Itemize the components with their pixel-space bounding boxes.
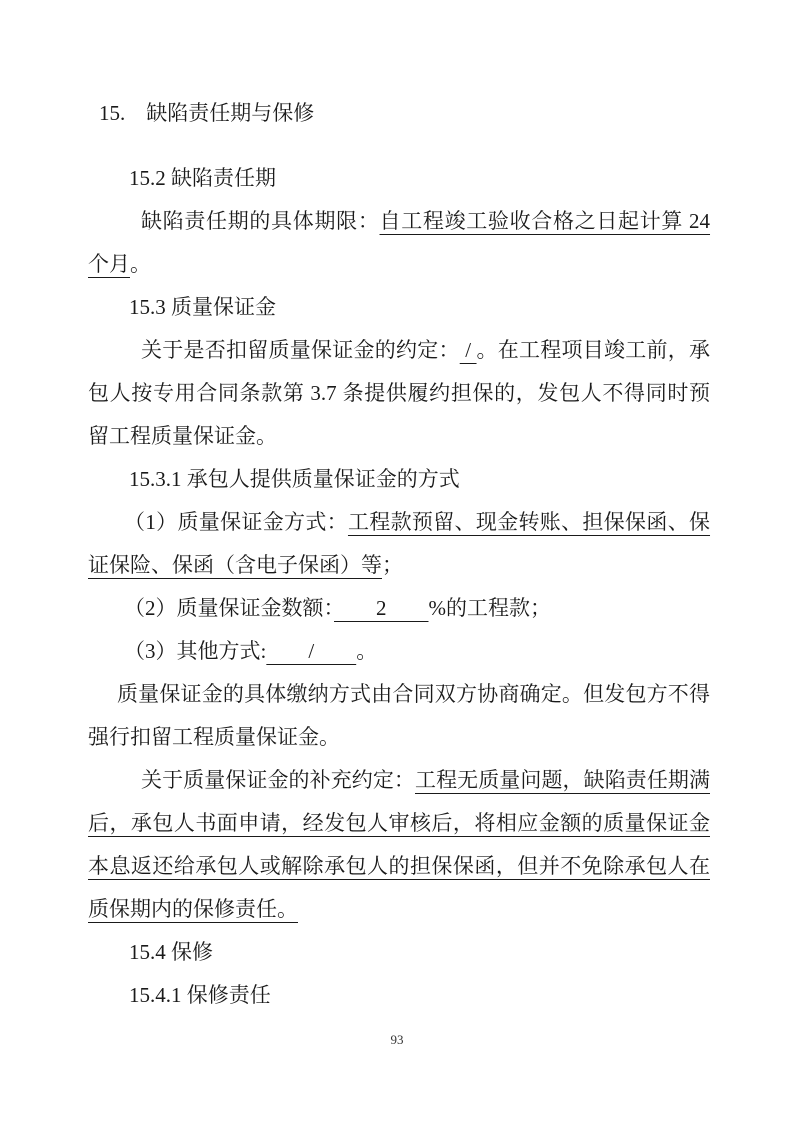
list-item-2-retention-amount: （2）质量保证金数额： 2 %的工程款； [88, 587, 710, 630]
page-footer: 93 [0, 1032, 794, 1048]
body-text: 质量保证金的具体缴纳方式由合同双方协商确定。但发包方不得强行扣留工程质量保证金。 [88, 682, 710, 749]
heading-text: 15.3.1 承包人提供质量保证金的方式 [129, 467, 460, 491]
para-defect-liability-term: 缺陷责任期的具体期限：自工程竣工验收合格之日起计算 24 个月。 [88, 200, 710, 286]
body-text: %的工程款； [429, 596, 552, 620]
label-text: （1）质量保证金方式： [124, 510, 348, 534]
filled-blank-other-method-slash: / [266, 639, 356, 663]
heading-chapter-15-defect-liability-and-warranty: 15. 缺陷责任期与保修 [88, 92, 710, 135]
heading-15-2-defect-liability-period: 15.2 缺陷责任期 [88, 157, 710, 200]
heading-15-3-quality-retention-money: 15.3 质量保证金 [88, 286, 710, 329]
heading-text: 15.4 保修 [129, 940, 213, 964]
heading-text: 15.4.1 保修责任 [129, 983, 271, 1007]
document-body: 15. 缺陷责任期与保修 15.2 缺陷责任期 缺陷责任期的具体期限：自工程竣工… [88, 92, 710, 1017]
punctuation-text: 。 [130, 252, 151, 276]
filled-blank-slash: / [460, 338, 477, 362]
punctuation-text: 。 [356, 639, 377, 663]
filled-blank-retention-percent: 2 [334, 596, 429, 620]
label-text: （2）质量保证金数额： [124, 596, 334, 620]
list-item-1-retention-method: （1）质量保证金方式：工程款预留、现金转账、担保保函、保证保险、保函（含电子保函… [88, 501, 710, 587]
heading-text: 15. 缺陷责任期与保修 [99, 101, 314, 125]
heading-15-4-warranty: 15.4 保修 [88, 931, 710, 974]
list-item-3-other-method: （3）其他方式: / 。 [88, 630, 710, 673]
punctuation-text: ； [382, 553, 403, 577]
para-retention-supplementary-agreement: 关于质量保证金的补充约定：工程无质量问题，缺陷责任期满后，承包人书面申请，经发包… [88, 759, 710, 931]
para-retention-withholding-agreement: 关于是否扣留质量保证金的约定： / 。在工程项目竣工前，承包人按专用合同条款第 … [88, 329, 710, 458]
heading-text: 15.3 质量保证金 [129, 295, 276, 319]
heading-15-4-1-warranty-liability: 15.4.1 保修责任 [88, 974, 710, 1017]
para-retention-payment-negotiation: 质量保证金的具体缴纳方式由合同双方协商确定。但发包方不得强行扣留工程质量保证金。 [88, 673, 710, 759]
label-text: 关于质量保证金的补充约定： [141, 768, 415, 792]
label-text: （3）其他方式: [124, 639, 266, 663]
page-number: 93 [391, 1032, 404, 1047]
document-page: 15. 缺陷责任期与保修 15.2 缺陷责任期 缺陷责任期的具体期限：自工程竣工… [0, 0, 794, 1122]
heading-text: 15.2 缺陷责任期 [129, 166, 276, 190]
heading-15-3-1-retention-provision-method: 15.3.1 承包人提供质量保证金的方式 [88, 458, 710, 501]
label-text: 缺陷责任期的具体期限： [141, 209, 380, 233]
label-text: 关于是否扣留质量保证金的约定： [141, 338, 460, 362]
